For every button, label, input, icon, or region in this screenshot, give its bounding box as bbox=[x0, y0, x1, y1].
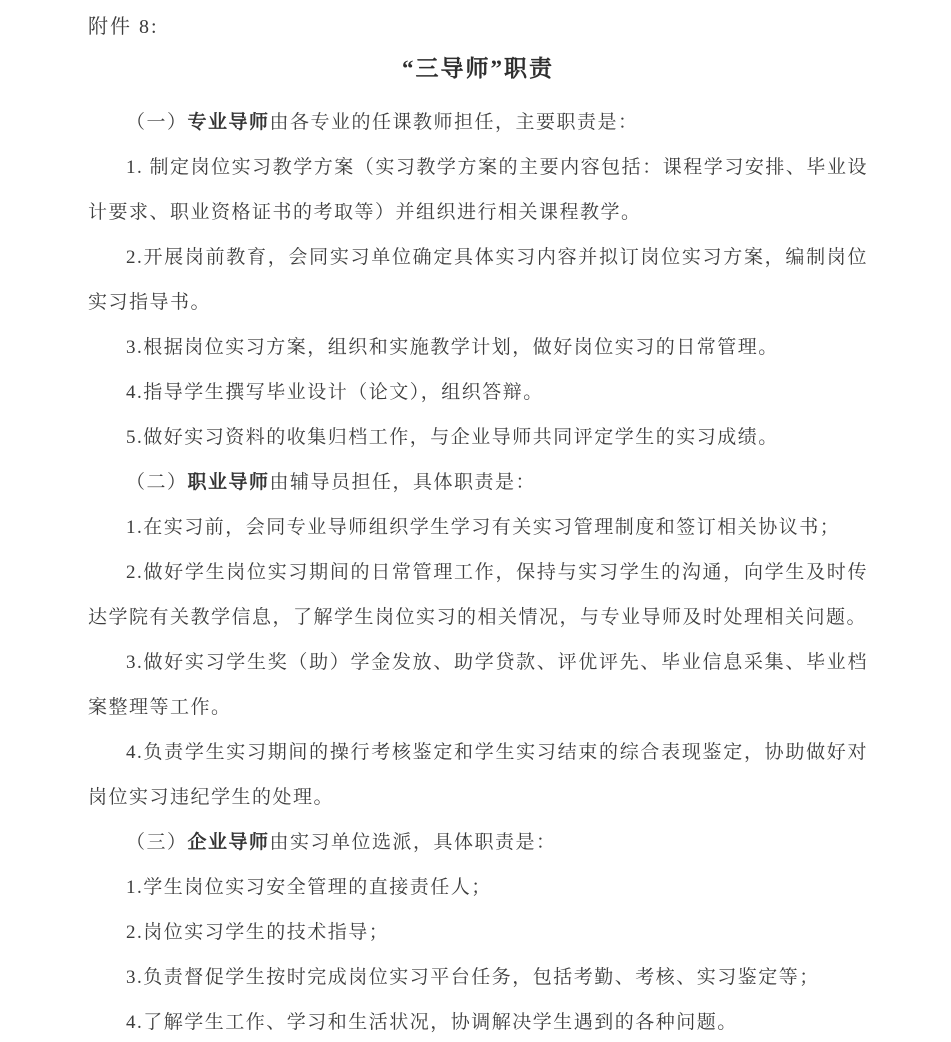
document-page: 附件 8: “三导师”职责 （一）专业导师由各专业的任课教师担任，主要职责是： … bbox=[0, 0, 951, 1042]
section1-item-4: 4.指导学生撰写毕业设计（论文），组织答辩。 bbox=[88, 370, 868, 415]
section-prefix: （三） bbox=[126, 832, 188, 853]
section3-item-1: 1.学生岗位实习安全管理的直接责任人； bbox=[88, 865, 868, 910]
section2-item-3: 3.做好实习学生奖（助）学金发放、助学贷款、评优评先、毕业信息采集、毕业档案整理… bbox=[88, 640, 868, 730]
attachment-label: 附件 8: bbox=[88, 12, 868, 42]
role-name-professional-mentor: 专业导师 bbox=[188, 112, 270, 133]
section2-item-1: 1.在实习前，会同专业导师组织学生学习有关实习管理制度和签订相关协议书； bbox=[88, 505, 868, 550]
section-heading-text: 由辅导员担任，具体职责是： bbox=[270, 472, 537, 493]
section1-item-5: 5.做好实习资料的收集归档工作，与企业导师共同评定学生的实习成绩。 bbox=[88, 415, 868, 460]
section1-item-2: 2.开展岗前教育，会同实习单位确定具体实习内容并拟订岗位实习方案，编制岗位实习指… bbox=[88, 235, 868, 325]
section-heading-text: 由实习单位选派，具体职责是： bbox=[270, 832, 557, 853]
section-heading-2: （二）职业导师由辅导员担任，具体职责是： bbox=[88, 460, 868, 505]
section-prefix: （一） bbox=[126, 112, 188, 133]
section-heading-text: 由各专业的任课教师担任，主要职责是： bbox=[270, 112, 639, 133]
document-title: “三导师”职责 bbox=[88, 46, 868, 92]
section1-item-3: 3.根据岗位实习方案，组织和实施教学计划，做好岗位实习的日常管理。 bbox=[88, 325, 868, 370]
section3-item-4: 4.了解学生工作、学习和生活状况，协调解决学生遇到的各种问题。 bbox=[88, 1000, 868, 1042]
section3-item-3: 3.负责督促学生按时完成岗位实习平台任务，包括考勤、考核、实习鉴定等； bbox=[88, 955, 868, 1000]
section1-item-1: 1. 制定岗位实习教学方案（实习教学方案的主要内容包括：课程学习安排、毕业设计要… bbox=[88, 145, 868, 235]
section-heading-1: （一）专业导师由各专业的任课教师担任，主要职责是： bbox=[88, 100, 868, 145]
section-heading-3: （三）企业导师由实习单位选派，具体职责是： bbox=[88, 820, 868, 865]
section2-item-4: 4.负责学生实习期间的操行考核鉴定和学生实习结束的综合表现鉴定，协助做好对岗位实… bbox=[88, 730, 868, 820]
section-prefix: （二） bbox=[126, 472, 188, 493]
role-name-enterprise-mentor: 企业导师 bbox=[188, 832, 270, 853]
section2-item-2: 2.做好学生岗位实习期间的日常管理工作，保持与实习学生的沟通，向学生及时传达学院… bbox=[88, 550, 868, 640]
section3-item-2: 2.岗位实习学生的技术指导； bbox=[88, 910, 868, 955]
role-name-career-mentor: 职业导师 bbox=[188, 472, 270, 493]
